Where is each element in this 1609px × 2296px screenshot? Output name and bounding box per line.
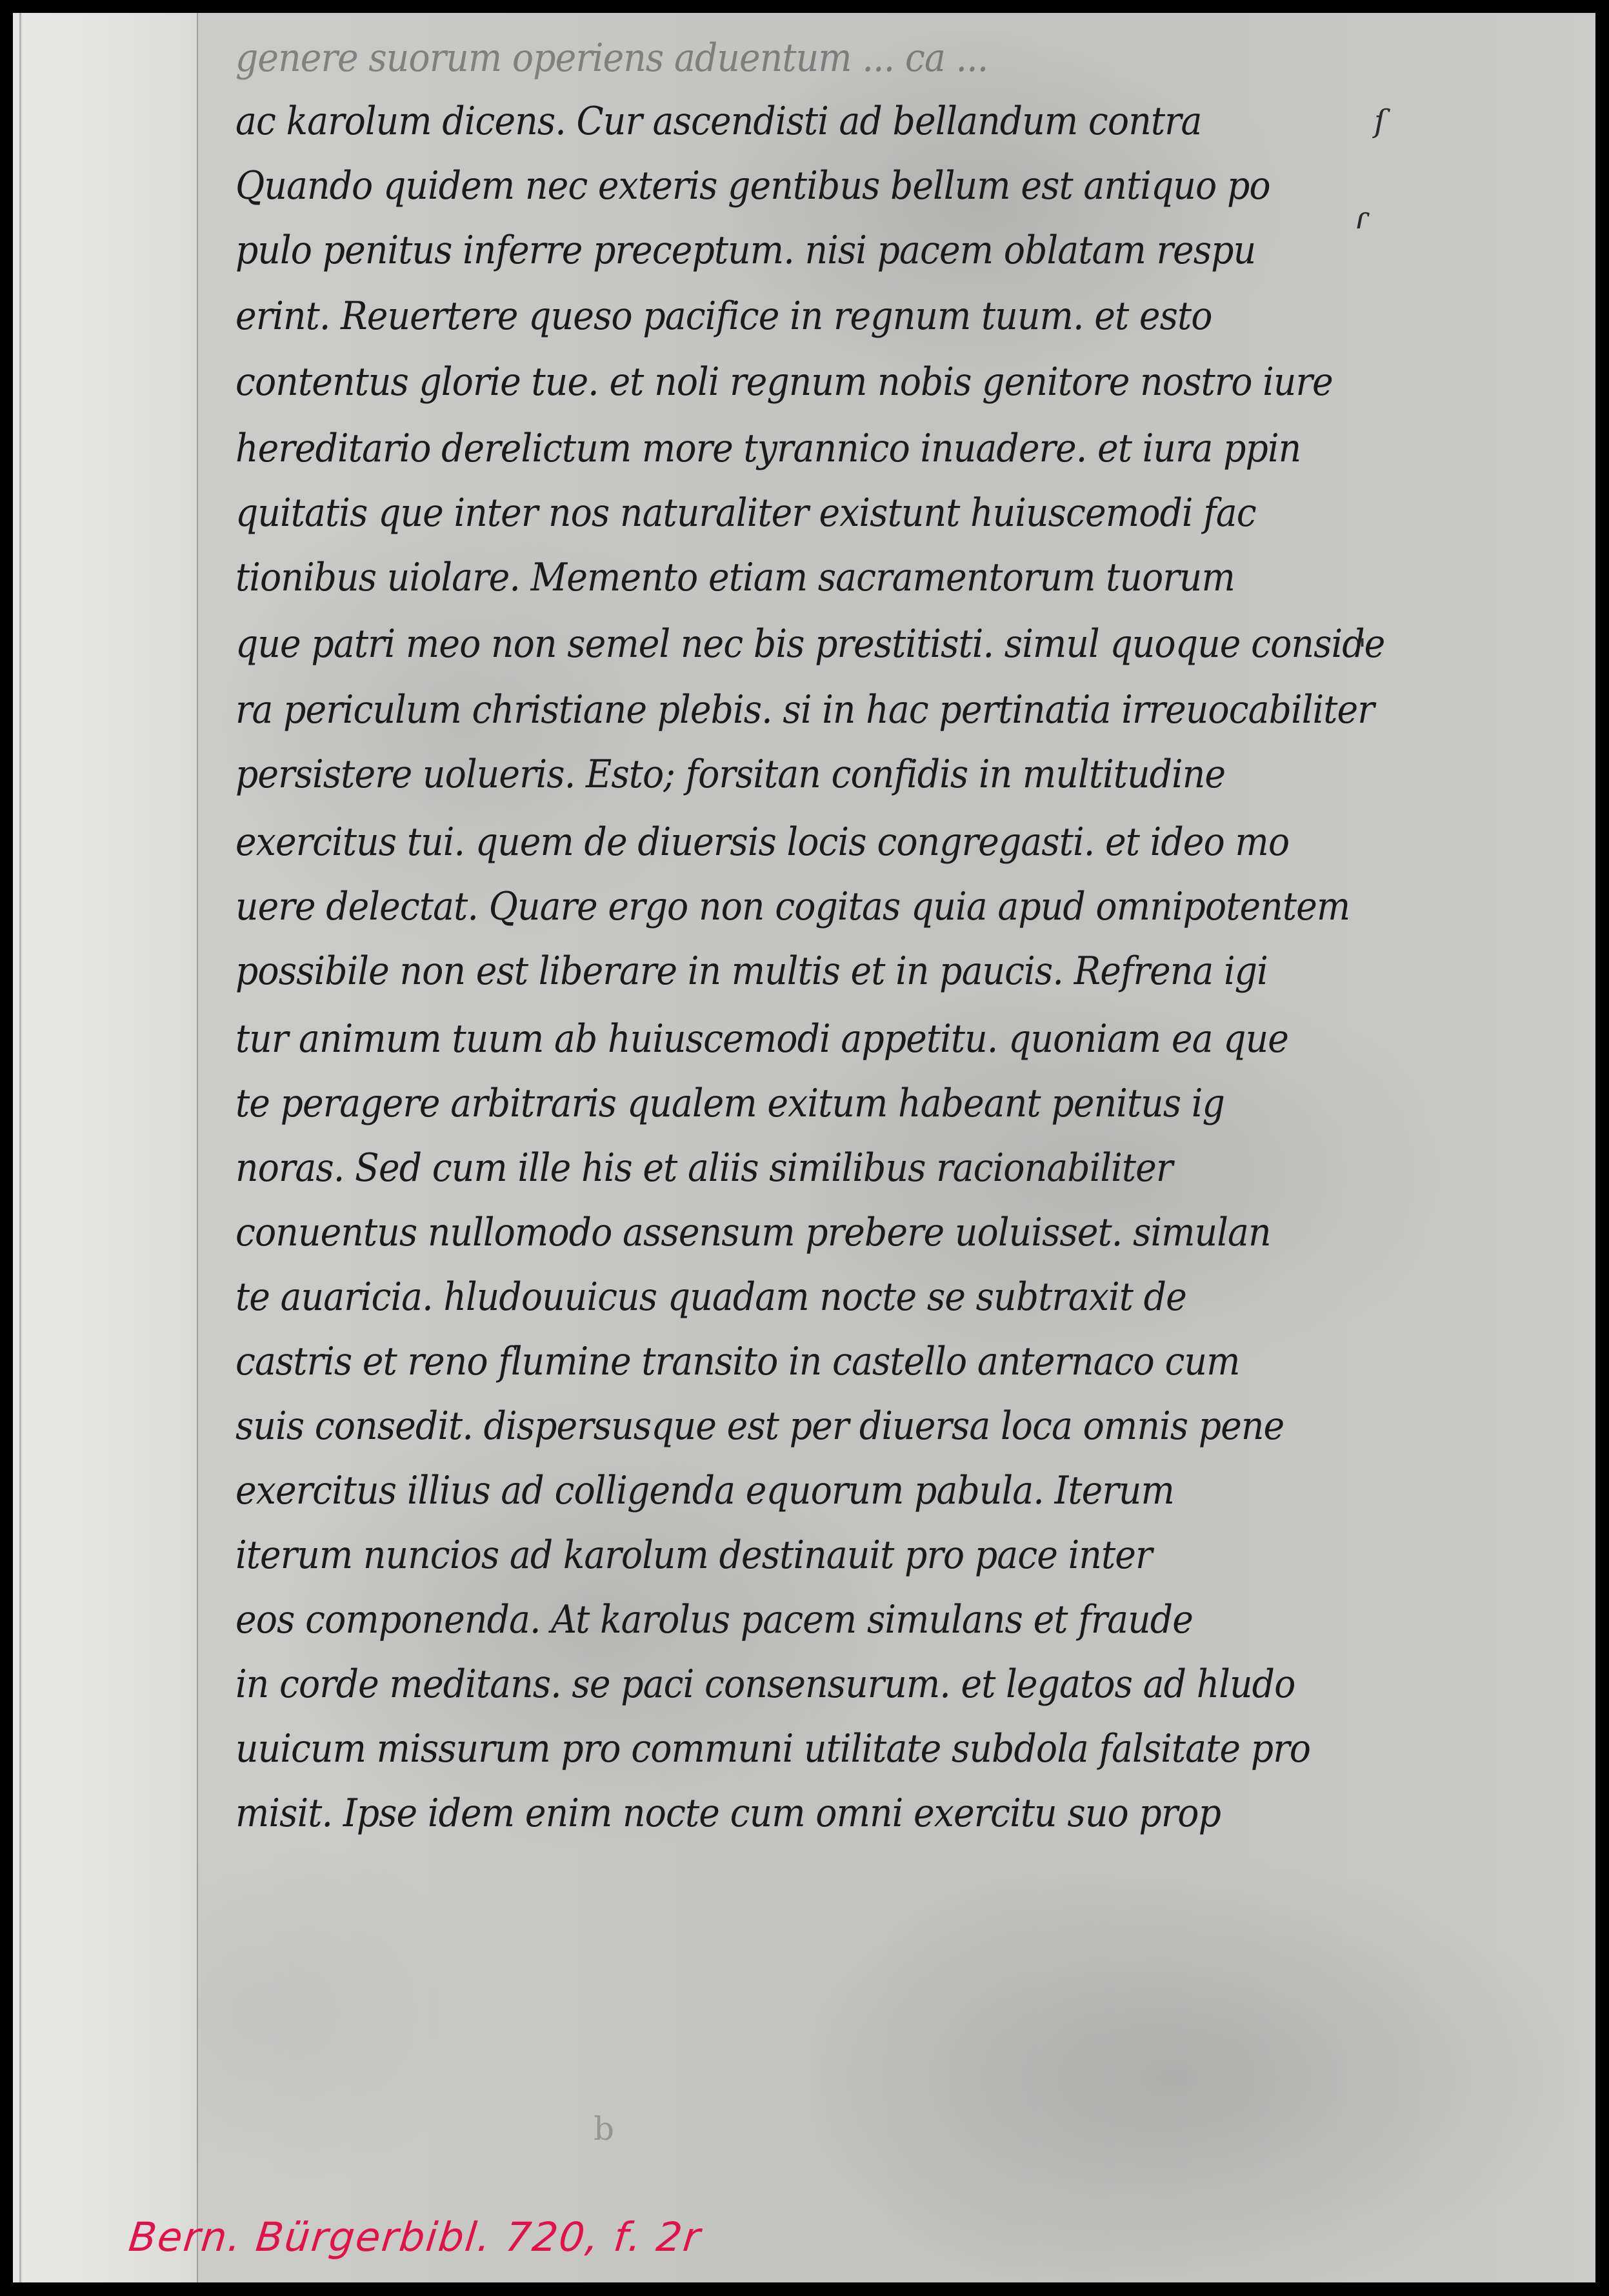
text-line: uuicum missurum pro communi utilitate su… <box>235 1717 1322 1781</box>
bottom-faint-letter: b <box>594 2110 619 2149</box>
text-line: conuentus nullomodo assensum prebere uol… <box>235 1200 1322 1265</box>
text-line: erint. Reuertere queso pacifice in regnu… <box>235 284 1322 348</box>
marginal-mark: ' <box>1358 632 1366 669</box>
text-line: Quando quidem nec exteris gentibus bellu… <box>235 154 1322 218</box>
text-line: ac karolum dicens. Cur ascendisti ad bel… <box>235 89 1322 154</box>
text-line: iterum nuncios ad karolum destinauit pro… <box>235 1523 1322 1587</box>
text-line: tionibus uiolare. Memento etiam sacramen… <box>235 545 1322 610</box>
marginal-mark: ɾ <box>1355 200 1369 236</box>
shelfmark-annotation: Bern. Bürgerbibl. 720, f. 2r <box>126 2213 703 2261</box>
text-line: suis consedit. dispersusque est per diue… <box>235 1394 1322 1458</box>
text-line: misit. Ipse idem enim nocte cum omni exe… <box>235 1781 1322 1846</box>
text-line: que patri meo non semel nec bis prestiti… <box>235 612 1322 676</box>
text-line: exercitus illius ad colligenda equorum p… <box>235 1458 1322 1523</box>
left-margin-strip <box>13 13 197 2282</box>
text-line: persistere uolueris. Esto; forsitan conf… <box>235 742 1322 807</box>
text-line: ra periculum christiane plebis. si in ha… <box>235 678 1322 742</box>
text-line: contentus glorie tue. et noli regnum nob… <box>235 350 1322 414</box>
text-line: uere delectat. Quare ergo non cogitas qu… <box>235 874 1322 939</box>
text-line: in corde meditans. se paci consensurum. … <box>235 1652 1322 1717</box>
text-line: noras. Sed cum ille his et aliis similib… <box>235 1136 1322 1200</box>
text-line: possibile non est liberare in multis et … <box>235 939 1322 1003</box>
text-line: hereditario derelictum more tyrannico in… <box>235 416 1322 481</box>
text-line: exercitus tui. quem de diuersis locis co… <box>235 810 1322 874</box>
margin-ruling-line <box>197 13 198 2282</box>
text-line: pulo penitus inferre preceptum. nisi pac… <box>235 218 1322 283</box>
text-line: te peragere arbitraris qualem exitum hab… <box>235 1071 1322 1136</box>
manuscript-page: genere suorum operiens aduentum ... ca .… <box>13 13 1595 2282</box>
text-line: tur animum tuum ab huiuscemodi appetitu.… <box>235 1007 1322 1071</box>
marginal-mark: ſ <box>1374 103 1386 139</box>
text-line: genere suorum operiens aduentum ... ca .… <box>235 26 1322 90</box>
text-line: eos componenda. At karolus pacem simulan… <box>235 1587 1322 1652</box>
text-line: te auaricia. hludouuicus quadam nocte se… <box>235 1265 1322 1329</box>
text-line: castris et reno flumine transito in cast… <box>235 1329 1322 1394</box>
text-line: quitatis que inter nos naturaliter exist… <box>235 481 1322 545</box>
